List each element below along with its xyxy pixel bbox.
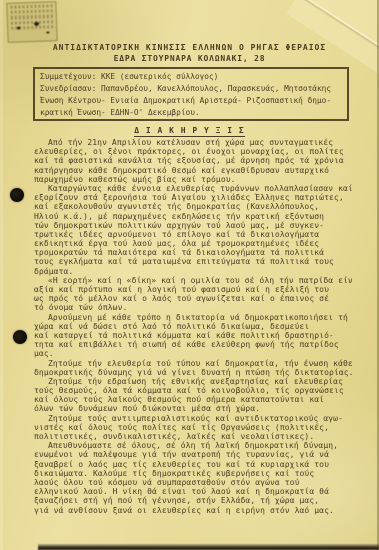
hole-punch xyxy=(13,330,27,344)
body-line: Ζητούμε τούς αντιιμπεριαλιστικούς καί αν… xyxy=(34,414,352,423)
stamp-text-line xyxy=(11,15,53,20)
body-line: Ζητούμε τήν εδραίωση τής εθνικής ανεξαρτ… xyxy=(34,377,352,386)
document-title-text: Δ Ι Α Κ Η Ρ Υ Ξ Ι Σ xyxy=(134,126,245,137)
body-line: Καταργώντας κάθε έννοια ελευθερίας τυράν… xyxy=(34,184,352,193)
body-line: ξαναζήσει στή γή πού τή γέννησε, στήν Ελ… xyxy=(34,496,352,505)
body-line: μας. xyxy=(34,349,352,358)
ink-blot xyxy=(46,31,49,33)
header-line-1: ΑΝΤΙΔΙΚΤΑΤΟΡΙΚΗ ΚΙΝΗΣΙΣ ΕΛΛΗΝΩΝ Ο ΡΗΓΑΣ … xyxy=(0,43,379,52)
body-line: Από τήν 21ην Απριλίου κατέλυσαν στή χώρα… xyxy=(34,138,352,147)
body-line: Απευθυνόμαστε σέ όλους, σέ όλη τή λαϊκή … xyxy=(34,441,352,450)
stamp-text-line xyxy=(11,20,53,25)
box-line: κρατική Ένωση- ΕΔΗΝ-Ο' Δεκεμβρίου. xyxy=(40,107,342,119)
box-line: Συνεδρίασαν: Παπανδρέου, Κανελλόπουλος, … xyxy=(40,83,342,95)
body-line: Ηλιού κ.ά.), μέ παρωχημένες εκδηλώσεις τ… xyxy=(34,212,352,221)
hole-punch xyxy=(10,188,24,202)
body-text: Από τήν 21ην Απριλίου κατέλυσαν στή χώρα… xyxy=(34,138,352,515)
header-line-2: ΕΔΡΑ ΣΤΟΥΡΝΑΡΑ ΚΟΛΩΝΑΚΙ, 28 xyxy=(0,54,379,63)
body-line: όλων τών δυνάμεων πού διώκονται μέσα στή… xyxy=(34,404,352,413)
body-line: τρομοκρατών τά παλαιότερα καί τά δικαιολ… xyxy=(34,248,352,257)
body-line: εξορίζουν στά ξερονήσια τού Αιγαίου χιλι… xyxy=(34,193,352,202)
paper-edge-left xyxy=(0,0,3,550)
body-line: τό όνομα τών όπλων. xyxy=(34,303,352,312)
body-line: καί τά φασιστικά κανάλια τής εξουσίας, μ… xyxy=(34,156,352,165)
body-line: λαούς όλου τού κόσμου νά συμπαρασταθούν … xyxy=(34,478,352,487)
body-line: ενωμένοι νά παλέψουμε γιά τήν ανατροπή τ… xyxy=(34,450,352,459)
body-line: Ζητούμε τήν ελευθερία τού τύπου καί δημο… xyxy=(34,359,352,368)
body-line: δικαιώματα. Καλούμε τίς δημοκρατικές κυβ… xyxy=(34,469,352,478)
scan-shadow xyxy=(38,544,379,550)
document-page: ΑΝΤΙΔΙΚΤΑΤΟΡΙΚΗ ΚΙΝΗΣΙΣ ΕΛΛΗΝΩΝ Ο ΡΗΓΑΣ … xyxy=(0,0,379,550)
body-line: γιά νά ανθίσουν ξανά οι ελευθερίες καί η… xyxy=(34,506,352,515)
body-line: καί καταργεί τά πολιτικά κόμματα καί κάθ… xyxy=(34,331,352,340)
body-line: παρωχημένο καθεστώς ωμής βίας καί τρόμου… xyxy=(34,175,352,184)
body-line: ξαναβρεί ο λαός μας τίς ελευθερίες του κ… xyxy=(34,460,352,469)
archive-stamp xyxy=(6,1,57,43)
body-line: δράματα. xyxy=(34,267,352,276)
body-line: εκδικητικά έργα τού λαού μας, όλα μέ τρο… xyxy=(34,239,352,248)
body-line: καί όλους τούς λαϊκούς θεσμούς πού σήμερ… xyxy=(34,395,352,404)
body-line: τους εγκλήματα καί τά ματαιωμένα επιτεύγ… xyxy=(34,257,352,266)
body-line: τών δημοκρατικών πολιτικών αρχηγών τού λ… xyxy=(34,221,352,230)
ink-blot xyxy=(17,26,20,29)
document-title: Δ Ι Α Κ Η Ρ Υ Ξ Ι Σ xyxy=(0,126,379,135)
participants-box: Συμμετέχουν: ΚΚΕ (εσωτερικός σύλλογος) Σ… xyxy=(33,67,349,121)
body-line: πολιτιστικές, συνδικαλιστικές, λαϊκές κα… xyxy=(34,432,352,441)
box-line: Ένωση Κέντρου- Ενιαία Δημοκρατική Αριστε… xyxy=(40,95,342,107)
body-line: ελληνικού λαού. Η νίκη θά είναι τού λαού… xyxy=(34,487,352,496)
body-line: τρωτικές ιδέες αρνούμενοι τό επίλογο καί… xyxy=(34,230,352,239)
body-line: τητα καί επιβάλλει τή σιωπή σέ κάθε ελεύ… xyxy=(34,340,352,349)
stamp-text-line xyxy=(11,9,53,14)
body-line: «Η εορτή» καί η «δίκη» καί η ομιλία του … xyxy=(34,276,352,285)
body-line: τούς θεσμούς, όλα τά κόμματα καί τό κοιν… xyxy=(34,386,352,395)
body-line: καί εξακολουθούν αγωνιστές τής δημοκρατί… xyxy=(34,202,352,211)
body-line: δημοκρατικής δύναμης γιά νά γίνει δυνατή… xyxy=(34,368,352,377)
body-line: ελευθερίες, οι ξένοι πράκτορες, οι ένοχο… xyxy=(34,147,352,156)
body-line: κατήργησαν κάθε δημοκρατικό θεσμό καί εγ… xyxy=(34,166,352,175)
body-line: ως πρός τό μέλλον καί ο λαός τού αγωνίζε… xyxy=(34,294,352,303)
body-line: νιστές καί όλους τούς πολίτες καί τίς Ορ… xyxy=(34,423,352,432)
body-line: χώρα καί νά δώσει στό λαό τό πολιτικό δι… xyxy=(34,322,352,331)
stamp-text-line xyxy=(10,4,52,9)
body-line: αξία καί πρότυπο καί η λογική τού φασισμ… xyxy=(34,285,352,294)
body-line: Αρνούμενη μέ κάθε τρόπο η δικτατορία νά … xyxy=(34,313,352,322)
box-line: Συμμετέχουν: ΚΚΕ (εσωτερικός σύλλογος) xyxy=(40,71,342,83)
